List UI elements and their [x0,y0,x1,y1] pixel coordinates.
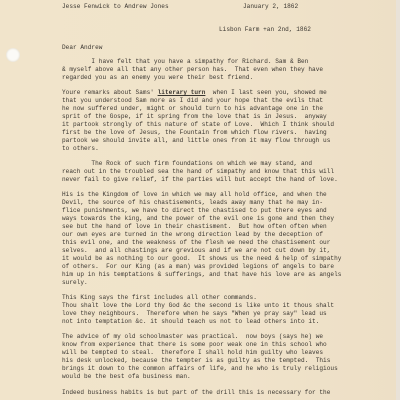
text-line: he now suffered under, might or should t… [62,105,323,112]
text-line: know from experience that there is some … [62,341,327,348]
text-line: The advice of my old schoolmaster was pr… [62,333,323,340]
text-line: this evil one, and the weakness of the f… [62,239,330,246]
text-line: His is the Kingdom of love in which we m… [62,191,327,198]
text-line: & myself above all that any other person… [62,66,323,73]
text-line: him up in his temptations & sufferings, … [62,271,341,278]
text-line: brings it down to the common affairs of … [62,365,338,372]
text-line: of others. For our King (as a man) was p… [62,263,334,270]
text-line: would be the best ofa business man. [62,373,191,380]
text-line: will be tempted to steal. therefore I sh… [62,349,323,356]
punch-hole [6,48,20,62]
text-line: Indeed business habits is but part of th… [62,389,330,396]
text-line: first be the love of Jesus, the Fountain… [62,129,327,136]
text-line: his desk unlocked, because the tempter i… [62,357,330,364]
text-line: selves. and all chastings are grevious a… [62,247,330,254]
text-line: flice punishments, we have to direct the… [62,207,327,214]
text-line: love they neighbours. Therefore when he … [62,310,327,317]
header-date: January 2, 1862 [243,3,298,10]
correspondents-header: Jesse Fenwick to Andrew Jones [62,3,169,10]
text-line: This King says the first includes all ot… [62,294,257,301]
text-line: see but the hand of love in their chasti… [62,223,327,230]
text-line: never fail to give relief, if the partie… [62,176,338,183]
text-line: sprit of the Gospe, if it spring from th… [62,113,327,120]
text-line: reach out in the troubled sea the hand o… [62,168,334,175]
text-line: it partook strongly of this nature of st… [62,121,334,128]
text-line: Devil, the source of his chastisements, … [62,199,323,206]
text-segment: Youre remarks about Sams' [62,89,158,96]
text-line: partook we should invite all, and little… [62,137,330,144]
place-date: Lisbon Farm +an 2nd, 1862 [219,26,311,33]
letter-page: Jesse Fenwick to Andrew Jones January 2,… [0,0,396,400]
page-edge [396,0,400,400]
text-line: regarded you as an enemy you were their … [62,74,253,81]
text-line: Youre remarks about Sams' literary turn … [62,89,327,96]
text-line: surely. [62,279,88,286]
text-line: our own eyes are turned in the wrong dir… [62,231,323,238]
text-line: Thou shalt love the Lord thy God &c the … [62,302,334,309]
text-line: to others. [62,145,99,152]
text-line: The Rock of such firm foundations on whi… [62,160,312,167]
salutation: Dear Andrew [62,44,102,51]
text-line: not into temptation &c. it should teach … [62,318,319,325]
text-line: I have felt that you have a simpathy for… [62,58,308,65]
underlined-phrase: literary turn [158,89,206,96]
text-line: ways towards the king, and the power of … [62,215,334,222]
text-line: it would be as nothing to our good. It s… [62,255,341,262]
text-line: that you understood Sam more as I did an… [62,97,323,104]
text-segment: when I last seen you, showed me [205,89,326,96]
